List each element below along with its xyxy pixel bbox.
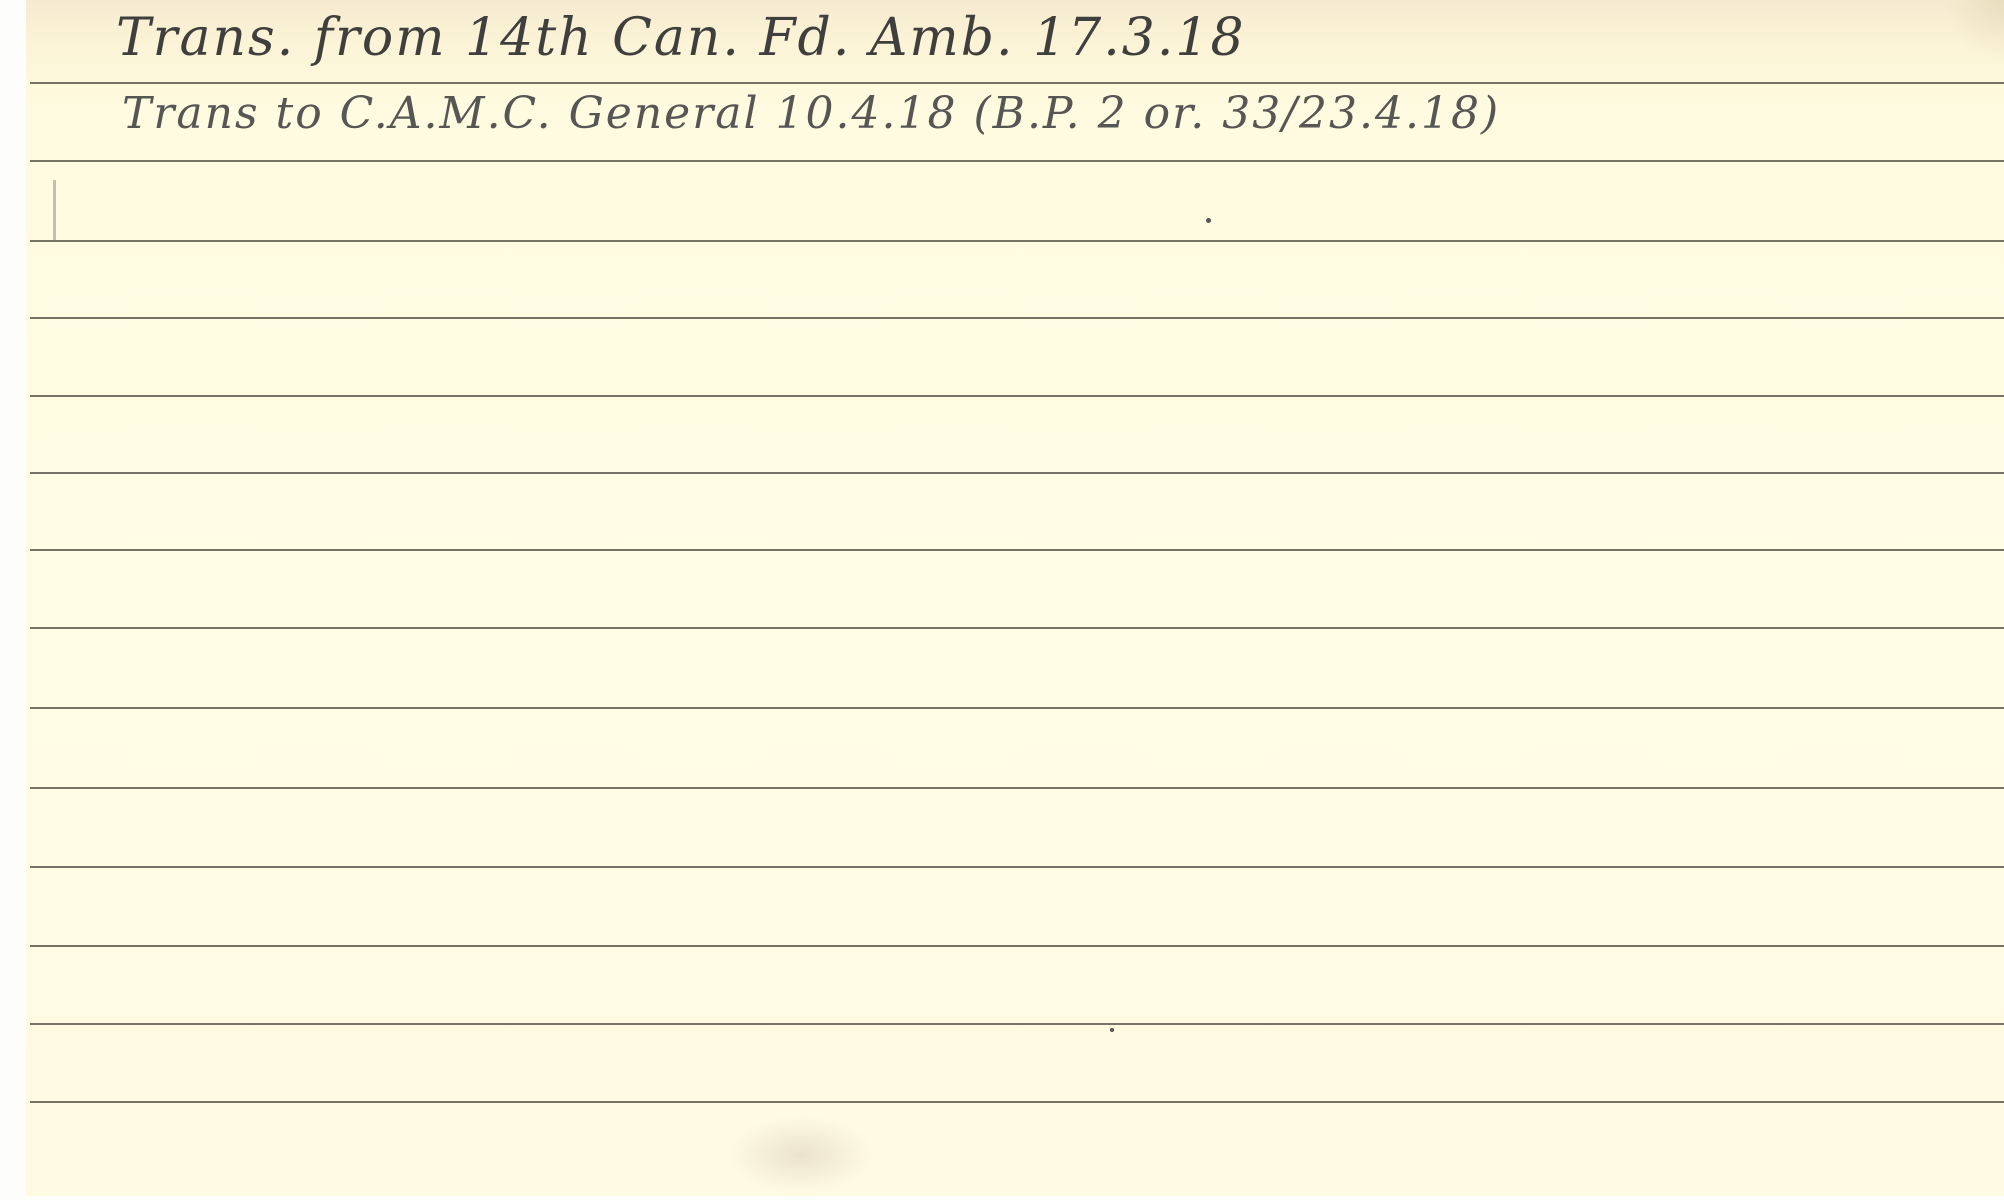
paper-smudge [726,1115,876,1195]
ruled-line [30,866,2004,868]
ruled-line [30,707,2004,709]
ruled-line [30,787,2004,789]
record-card: Trans. from 14th Can. Fd. Amb. 17.3.18 T… [26,0,2004,1196]
ink-speck [1110,1028,1114,1032]
entry-transfer-from: Trans. from 14th Can. Fd. Amb. 17.3.18 [116,8,1246,68]
ruled-line [30,549,2004,551]
ink-speck [1206,218,1211,223]
ruled-line [30,627,2004,629]
ruled-line [30,945,2004,947]
ruled-line [30,160,2004,162]
ruled-line [30,1023,2004,1025]
margin-mark [53,180,56,240]
ruled-line [30,82,2004,84]
entry-transfer-to: Trans to C.A.M.C. General 10.4.18 (B.P. … [122,88,1500,139]
ruled-line [30,240,2004,242]
ruled-line [30,1101,2004,1103]
ruled-line [30,395,2004,397]
ruled-line [30,472,2004,474]
ruled-line [30,317,2004,319]
